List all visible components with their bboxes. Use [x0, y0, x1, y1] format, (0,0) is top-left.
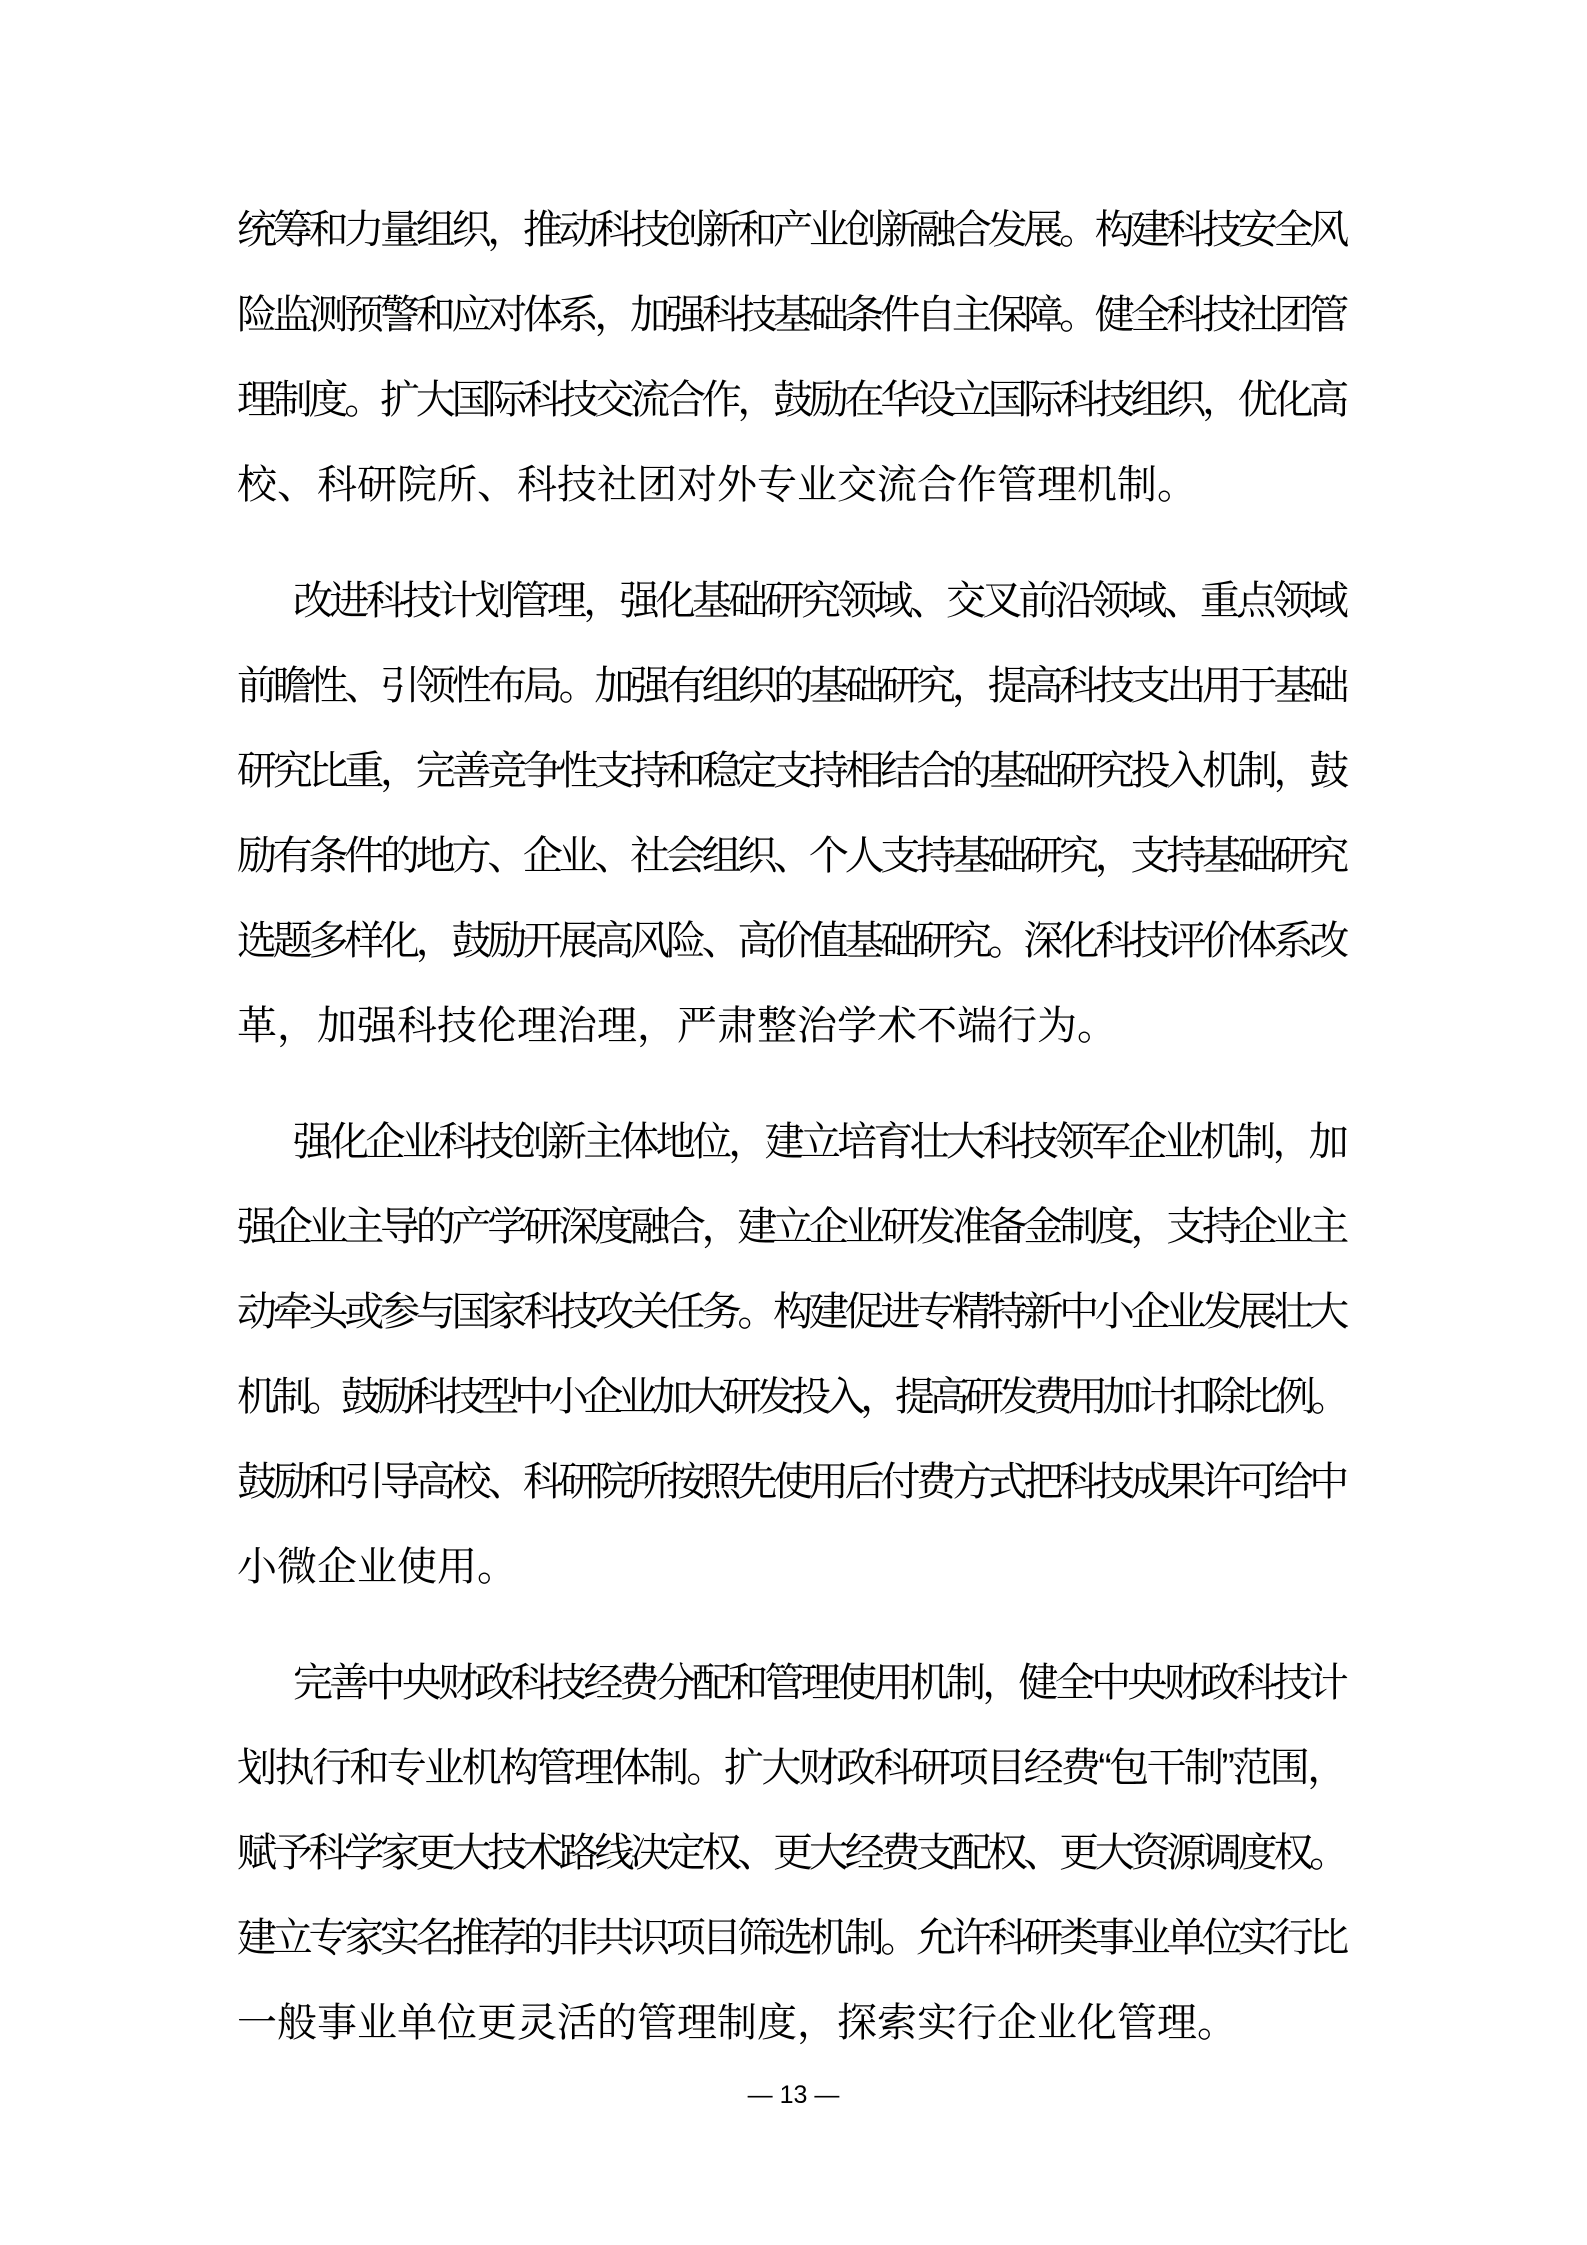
text-line: 赋予科学家更大技术路线决定权、更大经费支配权、更大资源调度权。 — [237, 1811, 1345, 1896]
text-line: 选题多样化，鼓励开展高风险、高价值基础研究。深化科技评价体系改 — [237, 899, 1345, 984]
text-line: 改进科技计划管理，强化基础研究领域、交叉前沿领域、重点领域 — [237, 559, 1345, 644]
paragraph-4: 完善中央财政科技经费分配和管理使用机制，健全中央财政科技计 划执行和专业机构管理… — [237, 1641, 1345, 2066]
text-line: 研究比重，完善竞争性支持和稳定支持相结合的基础研究投入机制，鼓 — [237, 729, 1345, 814]
text-line: 险监测预警和应对体系，加强科技基础条件自主保障。健全科技社团管 — [237, 273, 1345, 358]
text-line: 强化企业科技创新主体地位，建立培育壮大科技领军企业机制，加 — [237, 1100, 1345, 1185]
text-line: 强企业主导的产学研深度融合，建立企业研发准备金制度，支持企业主 — [237, 1185, 1345, 1270]
paragraph-3: 强化企业科技创新主体地位，建立培育壮大科技领军企业机制，加 强企业主导的产学研深… — [237, 1100, 1345, 1610]
paragraph-2: 改进科技计划管理，强化基础研究领域、交叉前沿领域、重点领域 前瞻性、引领性布局。… — [237, 559, 1345, 1069]
text-line: 建立专家实名推荐的非共识项目筛选机制。允许科研类事业单位实行比 — [237, 1896, 1345, 1981]
document-page: 统筹和力量组织，推动科技创新和产业创新融合发展。构建科技安全风 险监测预警和应对… — [0, 0, 1587, 2245]
text-line: 小微企业使用。 — [237, 1525, 1345, 1610]
text-line: 理制度。扩大国际科技交流合作，鼓励在华设立国际科技组织，优化高 — [237, 358, 1345, 443]
text-line: 划执行和专业机构管理体制。扩大财政科研项目经费“包干制”范围， — [237, 1726, 1345, 1811]
text-line: 统筹和力量组织，推动科技创新和产业创新融合发展。构建科技安全风 — [237, 188, 1345, 273]
text-line: 机制。鼓励科技型中小企业加大研发投入，提高研发费用加计扣除比例。 — [237, 1355, 1345, 1440]
text-line: 革，加强科技伦理治理，严肃整治学术不端行为。 — [237, 984, 1345, 1069]
text-line: 前瞻性、引领性布局。加强有组织的基础研究，提高科技支出用于基础 — [237, 644, 1345, 729]
page-number: — 13 — — [0, 2080, 1587, 2110]
paragraph-1: 统筹和力量组织，推动科技创新和产业创新融合发展。构建科技安全风 险监测预警和应对… — [237, 188, 1345, 528]
text-line: 鼓励和引导高校、科研院所按照先使用后付费方式把科技成果许可给中 — [237, 1440, 1345, 1525]
text-line: 完善中央财政科技经费分配和管理使用机制，健全中央财政科技计 — [237, 1641, 1345, 1726]
text-line: 动牵头或参与国家科技攻关任务。构建促进专精特新中小企业发展壮大 — [237, 1270, 1345, 1355]
text-line: 励有条件的地方、企业、社会组织、个人支持基础研究，支持基础研究 — [237, 814, 1345, 899]
text-line: 一般事业单位更灵活的管理制度，探索实行企业化管理。 — [237, 1981, 1345, 2066]
document-body: 统筹和力量组织，推动科技创新和产业创新融合发展。构建科技安全风 险监测预警和应对… — [237, 188, 1345, 2066]
text-line: 校、科研院所、科技社团对外专业交流合作管理机制。 — [237, 443, 1345, 528]
